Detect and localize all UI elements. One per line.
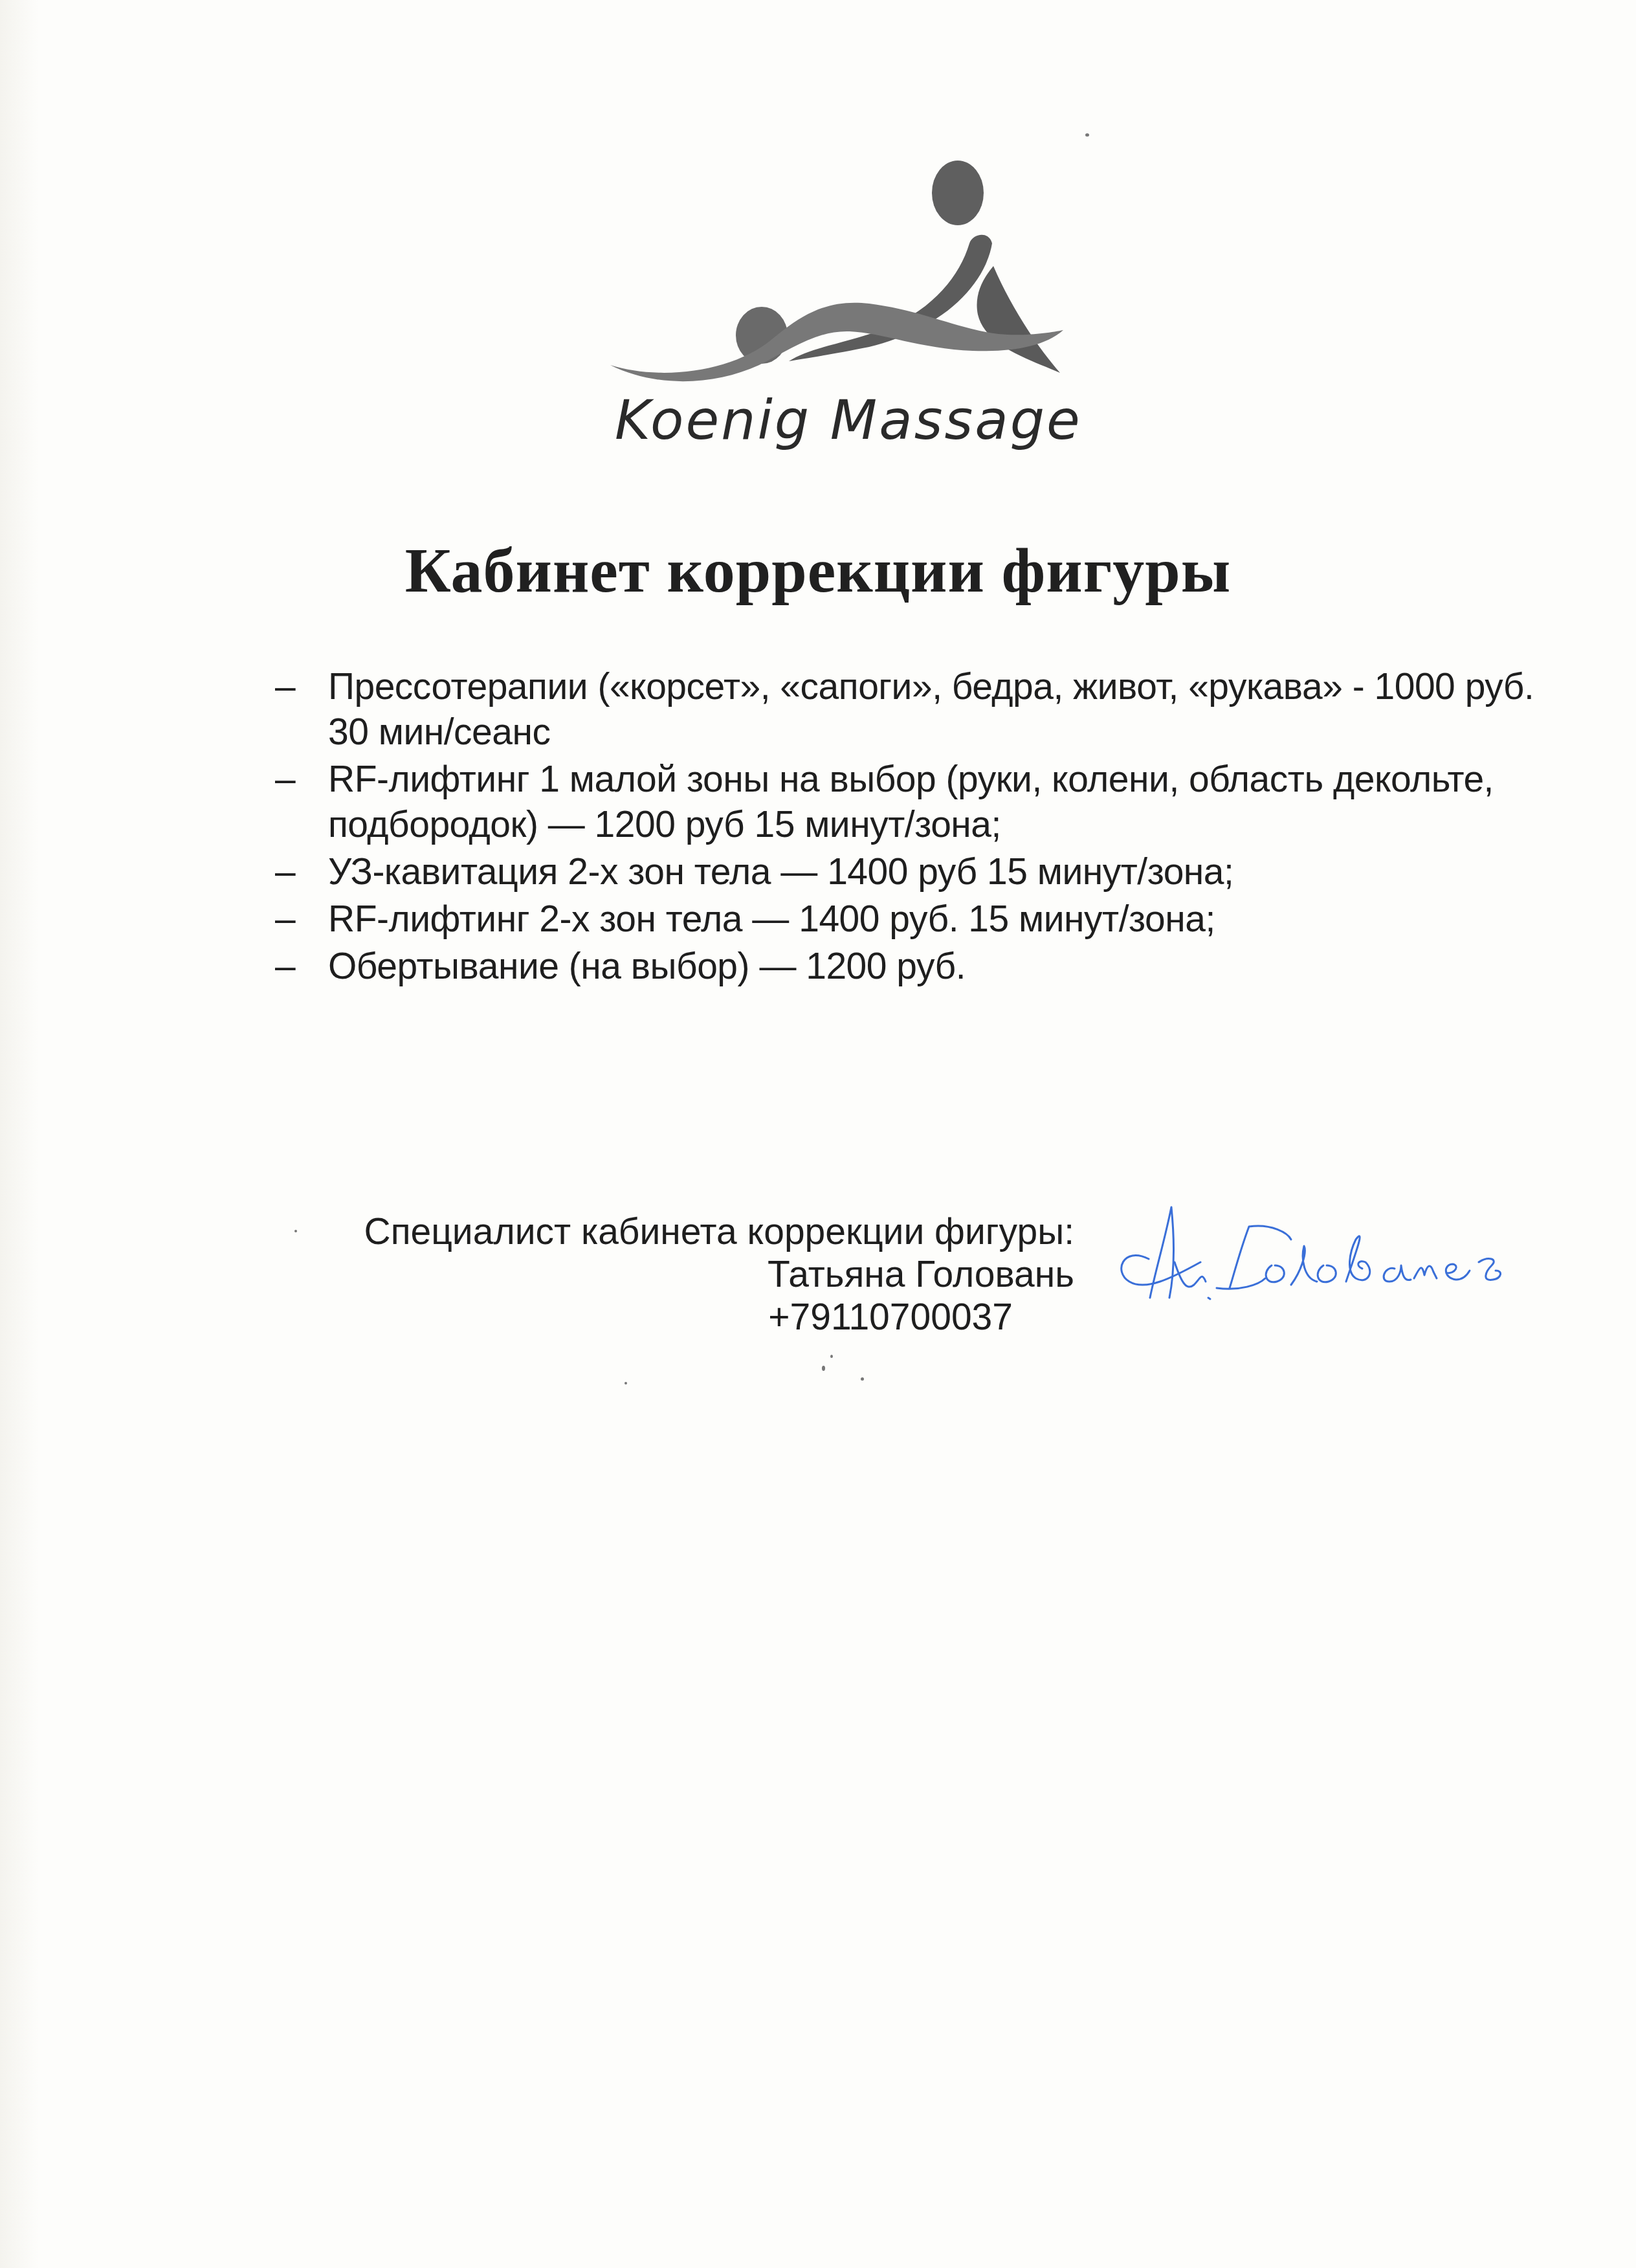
service-text: Прессотерапии («корсет», «сапоги», бедра… bbox=[328, 666, 1534, 753]
scan-speck bbox=[294, 1230, 297, 1232]
bullet-dash: – bbox=[275, 896, 301, 942]
bullet-dash: – bbox=[275, 664, 301, 709]
service-item: – Прессотерапии («корсет», «сапоги», бед… bbox=[275, 664, 1569, 755]
specialist-role: Специалист кабинета коррекции фигуры: bbox=[364, 1210, 1074, 1253]
service-text: Обертывание (на выбор) — 1200 руб. bbox=[328, 946, 966, 987]
scan-edge-shadow bbox=[0, 0, 39, 2268]
specialist-phone: +79110700037 bbox=[364, 1296, 1013, 1339]
page-title: Кабинет коррекции фигуры bbox=[0, 535, 1636, 607]
services-list: – Прессотерапии («корсет», «сапоги», бед… bbox=[275, 664, 1569, 989]
service-item: – УЗ-кавитация 2-х зон тела — 1400 руб 1… bbox=[275, 849, 1569, 895]
massage-logo-icon bbox=[597, 153, 1063, 386]
scan-speck bbox=[625, 1382, 627, 1384]
service-text: УЗ-кавитация 2-х зон тела — 1400 руб 15 … bbox=[328, 851, 1233, 893]
scan-speck bbox=[1085, 133, 1089, 137]
service-text: RF-лифтинг 2-х зон тела — 1400 руб. 15 м… bbox=[328, 898, 1215, 940]
brand-name: Koenig Massage bbox=[615, 388, 1120, 452]
service-item: – Обертывание (на выбор) — 1200 руб. bbox=[275, 944, 1569, 989]
scan-speck bbox=[822, 1366, 825, 1371]
service-text: RF-лифтинг 1 малой зоны на выбор (руки, … bbox=[328, 759, 1494, 845]
scan-speck bbox=[830, 1355, 833, 1358]
bullet-dash: – bbox=[275, 757, 301, 802]
service-item: – RF-лифтинг 1 малой зоны на выбор (руки… bbox=[275, 757, 1569, 847]
specialist-name: Татьяна Головань bbox=[364, 1253, 1074, 1296]
bullet-dash: – bbox=[275, 944, 301, 989]
signature-icon bbox=[1110, 1201, 1563, 1304]
scan-speck bbox=[861, 1377, 864, 1381]
bullet-dash: – bbox=[275, 849, 301, 895]
service-item: – RF-лифтинг 2-х зон тела — 1400 руб. 15… bbox=[275, 896, 1569, 942]
specialist-block: Специалист кабинета коррекции фигуры: Та… bbox=[364, 1210, 1074, 1339]
